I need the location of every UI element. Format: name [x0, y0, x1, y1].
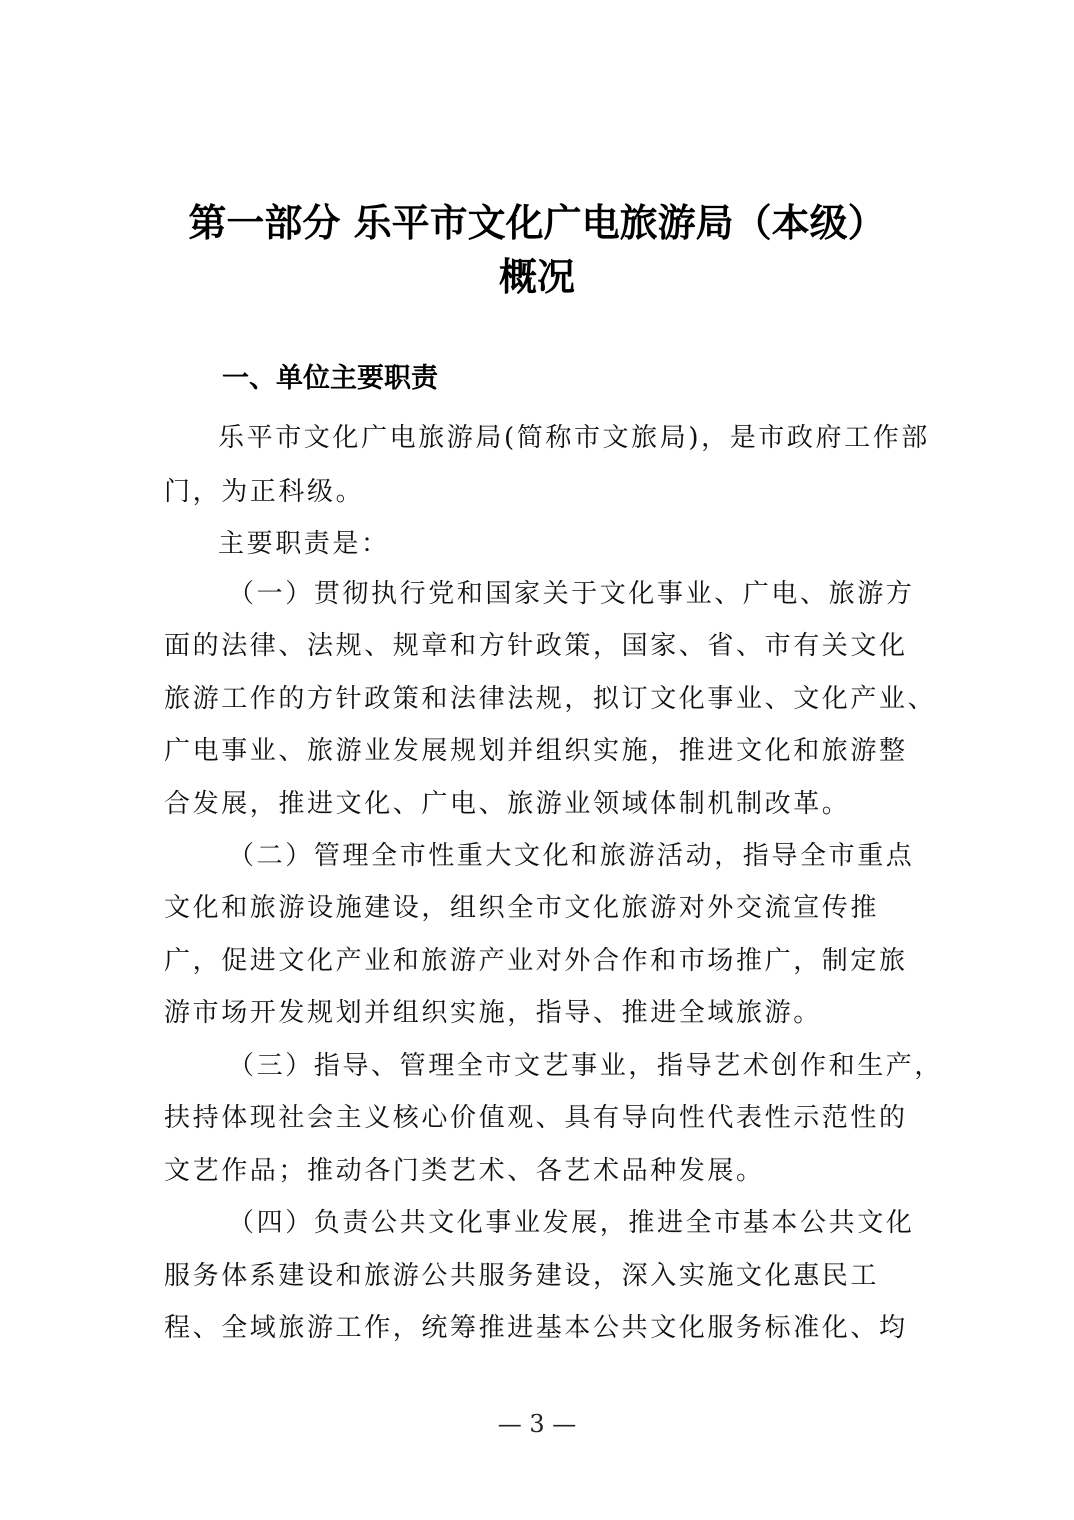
paragraph-line: 扶持体现社会主义核心价值观、具有导向性代表性示范性的 — [164, 1100, 924, 1136]
paragraph-line: （四）负责公共文化事业发展，推进全市基本公共文化 — [228, 1205, 988, 1241]
paragraph-line: 游市场开发规划并组织实施，指导、推进全域旅游。 — [164, 995, 924, 1031]
paragraph-line: 文化和旅游设施建设，组织全市文化旅游对外交流宣传推 — [164, 890, 924, 926]
paragraph-line: 服务体系建设和旅游公共服务建设，深入实施文化惠民工 — [164, 1258, 924, 1294]
paragraph-line: 广，促进文化产业和旅游产业对外合作和市场推广，制定旅 — [164, 943, 924, 979]
page-number: — 3 — — [0, 1410, 1074, 1438]
paragraph-line: （三）指导、管理全市文艺事业，指导艺术创作和生产， — [228, 1048, 988, 1084]
paragraph-line: 乐平市文化广电旅游局(简称市文旅局)，是市政府工作部 — [218, 420, 978, 456]
paragraph-line: 门，为正科级。 — [164, 474, 924, 510]
paragraph-line: 面的法律、法规、规章和方针政策，国家、省、市有关文化 — [164, 628, 924, 664]
paragraph-line: 旅游工作的方针政策和法律法规，拟订文化事业、文化产业、 — [164, 681, 924, 717]
paragraph-line: （二）管理全市性重大文化和旅游活动，指导全市重点 — [228, 838, 988, 874]
paragraph-line: 合发展，推进文化、广电、旅游业领域体制机制改革。 — [164, 786, 924, 822]
paragraph-line: （一）贯彻执行党和国家关于文化事业、广电、旅游方 — [228, 576, 988, 612]
paragraph-line: 程、全域旅游工作，统筹推进基本公共文化服务标准化、均 — [164, 1310, 924, 1346]
section-heading: 一、单位主要职责 — [222, 356, 438, 395]
paragraph-line: 文艺作品；推动各门类艺术、各艺术品种发展。 — [164, 1153, 924, 1189]
paragraph-line: 主要职责是： — [218, 526, 978, 562]
paragraph-line: 广电事业、旅游业发展规划并组织实施，推进文化和旅游整 — [164, 733, 924, 769]
page-title-line-1: 第一部分 乐平市文化广电旅游局（本级） — [0, 192, 1074, 247]
page-title-line-2: 概况 — [0, 246, 1074, 301]
